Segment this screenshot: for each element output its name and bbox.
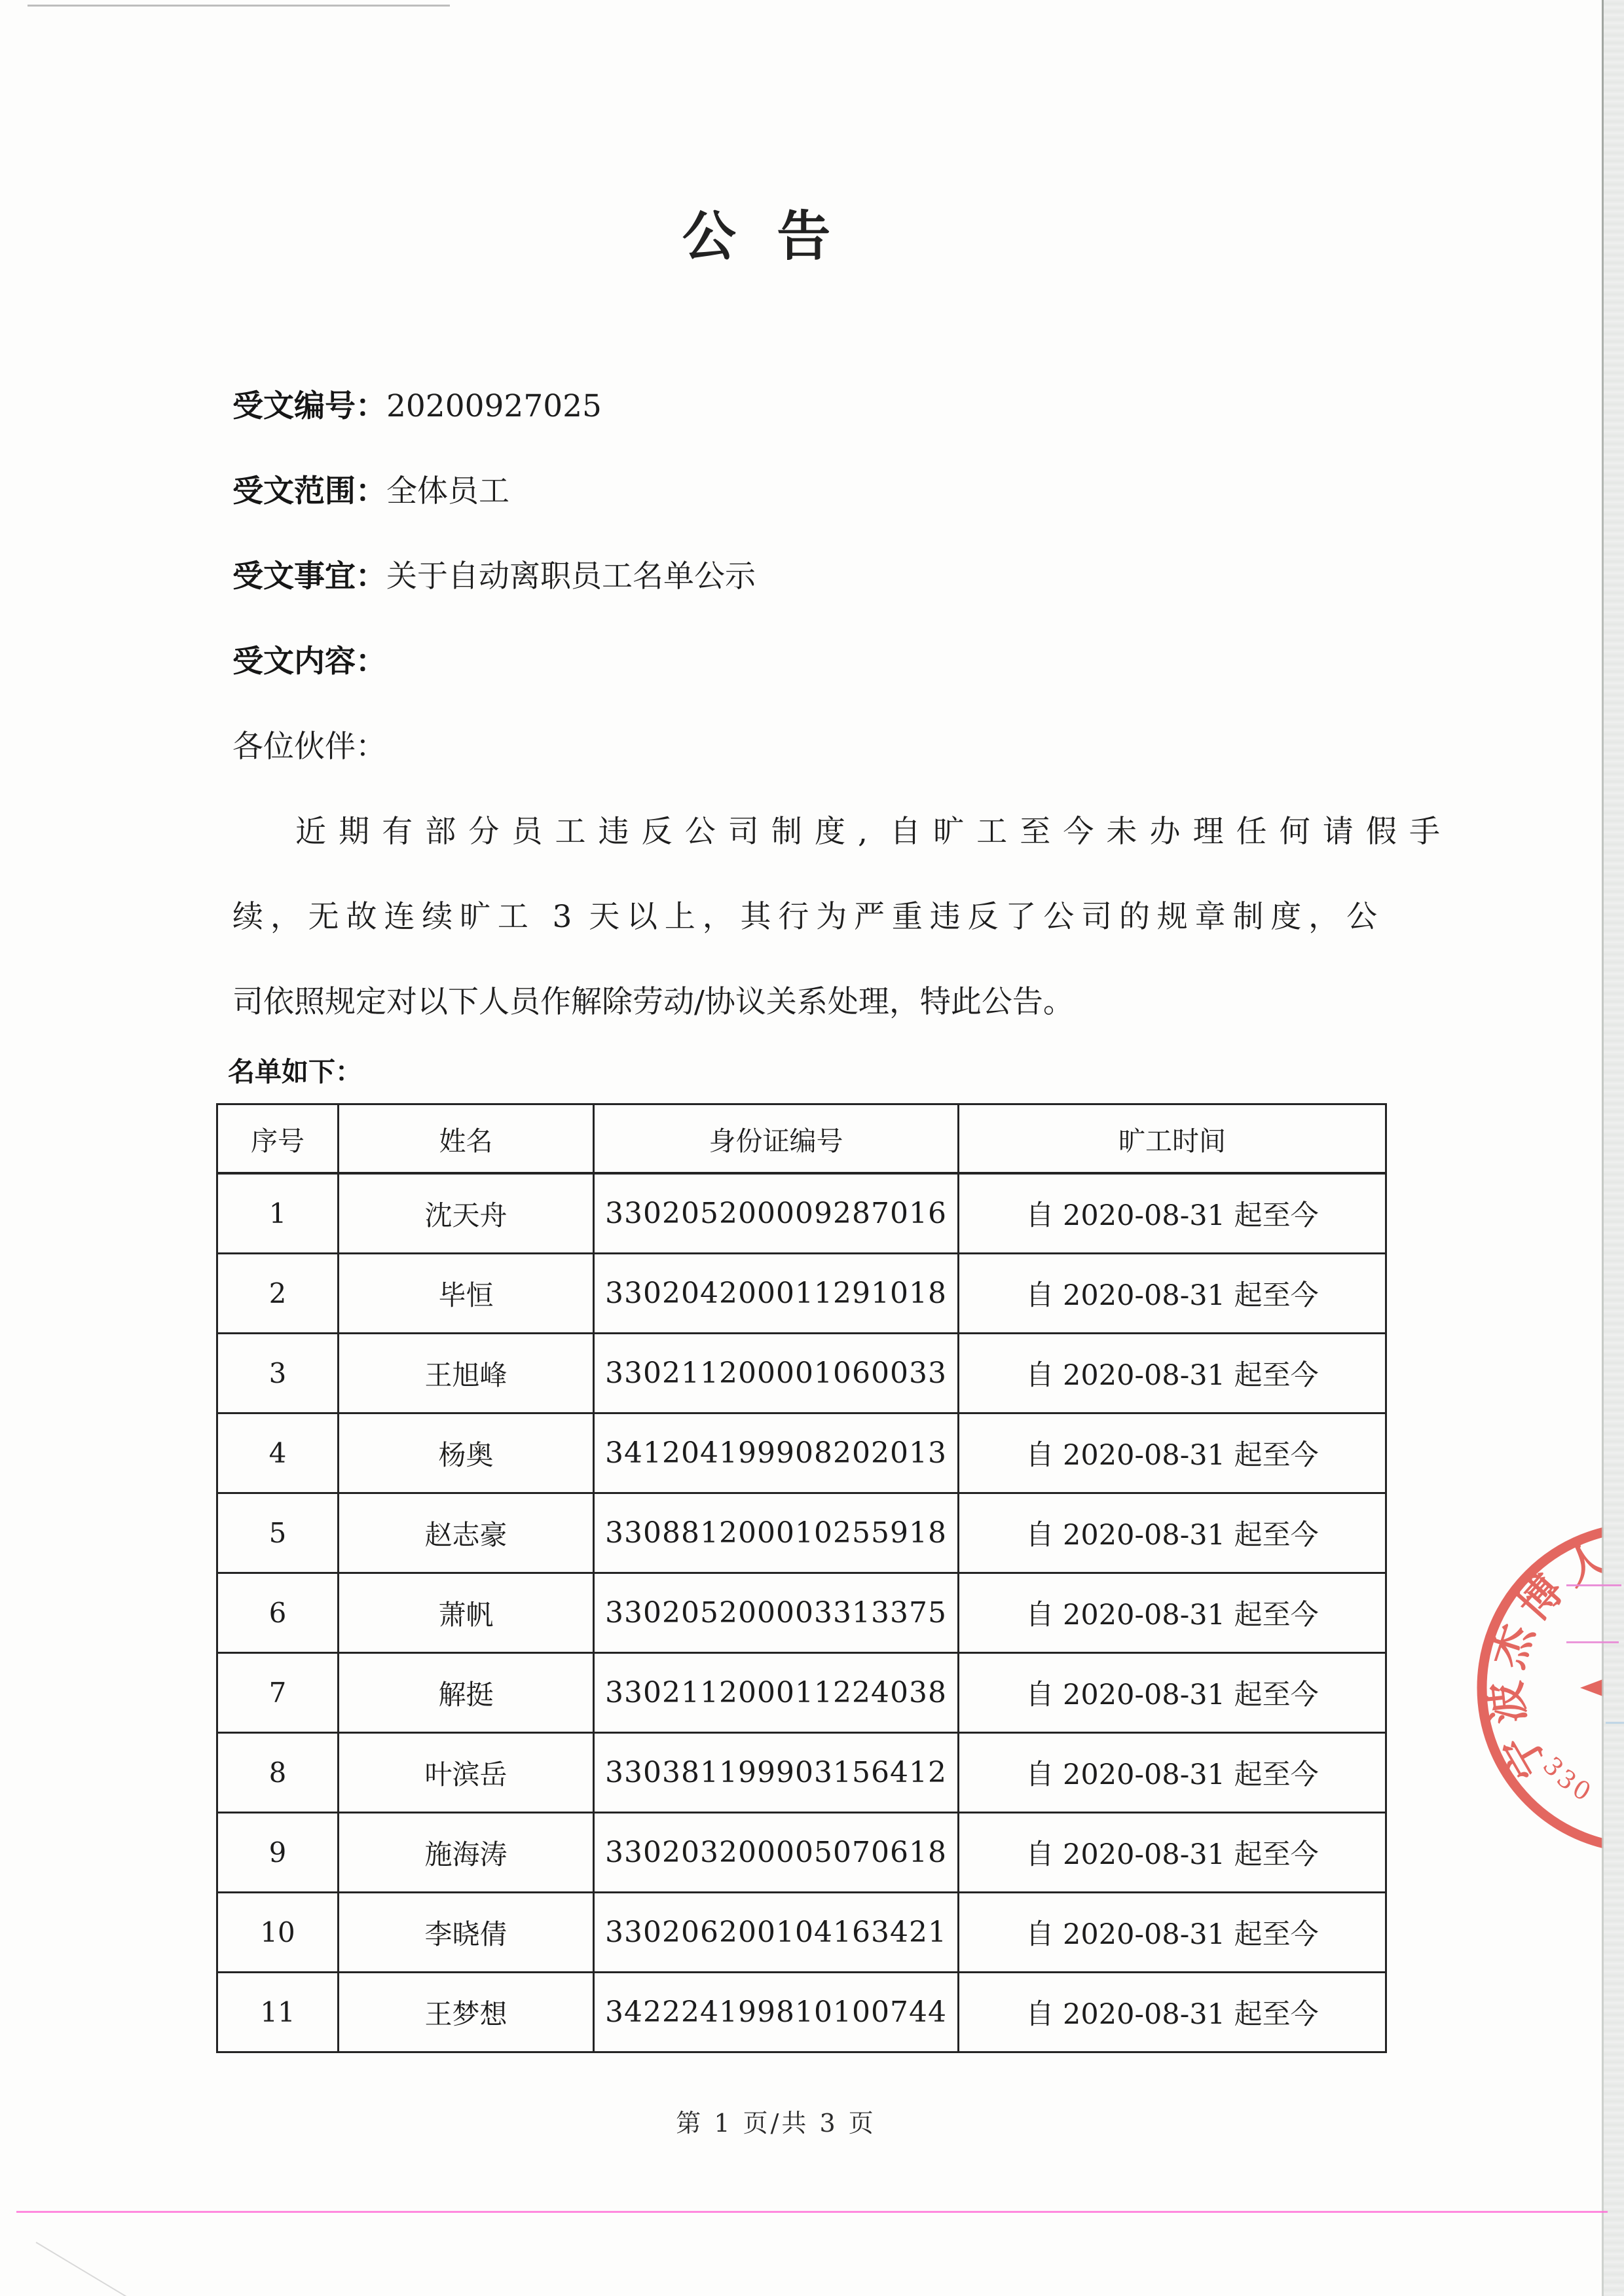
field-doc-content: 受文内容： <box>232 637 386 681</box>
cell-id-number: 330211200001060033 <box>594 1334 959 1413</box>
cell-absence-period: 自 2020-08-31 起至今 <box>959 1893 1386 1973</box>
cell-id-number: 330881200010255918 <box>594 1493 959 1573</box>
cell-index: 2 <box>217 1254 339 1334</box>
cell-id-number: 330206200104163421 <box>594 1893 959 1973</box>
col-header-index: 序号 <box>217 1104 339 1174</box>
table-row: 1 沈天舟 330205200009287016 自 2020-08-31 起至… <box>217 1173 1386 1254</box>
cell-absence-period: 自 2020-08-31 起至今 <box>959 1493 1386 1573</box>
cell-index: 11 <box>217 1973 339 2052</box>
field-doc-scope-value: 全体员工 <box>386 473 509 509</box>
col-header-absence-period: 旷工时间 <box>959 1104 1386 1174</box>
body-line-3: 司依照规定对以下人员作解除劳动/协议关系处理，特此公告。 <box>232 977 1377 1021</box>
field-doc-scope-label: 受文范围： <box>232 473 386 509</box>
table-header-row: 序号 姓名 身份证编号 旷工时间 <box>217 1104 1386 1174</box>
col-header-id-number: 身份证编号 <box>594 1104 959 1174</box>
table-body: 1 沈天舟 330205200009287016 自 2020-08-31 起至… <box>217 1173 1386 2052</box>
scan-artifact-edge-band <box>1604 0 1624 2296</box>
cell-name: 王梦想 <box>339 1973 594 2052</box>
cell-name: 毕恒 <box>339 1254 594 1334</box>
table-row: 2 毕恒 330204200011291018 自 2020-08-31 起至今 <box>217 1254 1386 1334</box>
cell-absence-period: 自 2020-08-31 起至今 <box>959 1173 1386 1254</box>
cell-index: 4 <box>217 1413 339 1493</box>
cell-index: 6 <box>217 1573 339 1653</box>
cell-id-number: 330205200003313375 <box>594 1573 959 1653</box>
field-doc-number-value: 20200927025 <box>386 388 602 424</box>
red-company-seal: 宁波杰博人力 330 <box>1472 1518 1603 1858</box>
cell-name: 李晓倩 <box>339 1893 594 1973</box>
page-number: 第 1 页/共 3 页 <box>0 2103 1552 2139</box>
field-doc-number-label: 受文编号： <box>232 388 386 424</box>
cell-name: 王旭峰 <box>339 1334 594 1413</box>
cell-id-number: 330211200011224038 <box>594 1653 959 1733</box>
cell-name: 赵志豪 <box>339 1493 594 1573</box>
col-header-name: 姓名 <box>339 1104 594 1174</box>
cell-name: 杨奥 <box>339 1413 594 1493</box>
list-intro: 名单如下： <box>228 1050 362 1089</box>
dismissed-employees-table: 序号 姓名 身份证编号 旷工时间 1 沈天舟 33020520000928701… <box>216 1103 1387 2053</box>
salutation: 各位伙伴： <box>232 722 386 766</box>
table-row: 4 杨奥 341204199908202013 自 2020-08-31 起至今 <box>217 1413 1386 1493</box>
cell-name: 施海涛 <box>339 1813 594 1893</box>
cell-id-number: 330205200009287016 <box>594 1173 959 1254</box>
body-line-2: 续，无故连续旷工 3 天以上，其行为严重违反了公司的规章制度，公 <box>232 892 1377 936</box>
cell-name: 解挺 <box>339 1653 594 1733</box>
body-line-1: 近期有部分员工违反公司制度, 自旷工至今未办理任何请假手 <box>232 807 1440 851</box>
field-doc-content-label: 受文内容： <box>232 644 386 680</box>
cell-index: 5 <box>217 1493 339 1573</box>
cell-absence-period: 自 2020-08-31 起至今 <box>959 1733 1386 1813</box>
page-content: 公 告 受文编号：20200927025 受文范围：全体员工 受文事宜：关于自动… <box>0 0 1603 2296</box>
table-row: 10 李晓倩 330206200104163421 自 2020-08-31 起… <box>217 1893 1386 1973</box>
field-doc-scope: 受文范围：全体员工 <box>232 467 509 511</box>
table-row: 3 王旭峰 330211200001060033 自 2020-08-31 起至… <box>217 1334 1386 1413</box>
cell-absence-period: 自 2020-08-31 起至今 <box>959 1653 1386 1733</box>
scanned-announcement-page: 公 告 受文编号：20200927025 受文范围：全体员工 受文事宜：关于自动… <box>0 0 1624 2296</box>
cell-index: 1 <box>217 1173 339 1254</box>
cell-name: 萧帆 <box>339 1573 594 1653</box>
cell-id-number: 330203200005070618 <box>594 1813 959 1893</box>
table-row: 9 施海涛 330203200005070618 自 2020-08-31 起至… <box>217 1813 1386 1893</box>
cell-absence-period: 自 2020-08-31 起至今 <box>959 1973 1386 2052</box>
cell-index: 3 <box>217 1334 339 1413</box>
cell-name: 叶滨岳 <box>339 1733 594 1813</box>
seal-star-icon <box>1580 1629 1603 1747</box>
cell-index: 9 <box>217 1813 339 1893</box>
table-row: 8 叶滨岳 330381199903156412 自 2020-08-31 起至… <box>217 1733 1386 1813</box>
table-row: 11 王梦想 342224199810100744 自 2020-08-31 起… <box>217 1973 1386 2052</box>
field-doc-subject-label: 受文事宜： <box>232 558 386 594</box>
cell-absence-period: 自 2020-08-31 起至今 <box>959 1813 1386 1893</box>
scan-artifact-blue-line <box>1606 1722 1624 1724</box>
cell-index: 10 <box>217 1893 339 1973</box>
field-doc-subject-value: 关于自动离职员工名单公示 <box>386 558 756 594</box>
cell-id-number: 330381199903156412 <box>594 1733 959 1813</box>
page-title: 公 告 <box>0 194 1513 270</box>
cell-index: 8 <box>217 1733 339 1813</box>
cell-id-number: 341204199908202013 <box>594 1413 959 1493</box>
cell-name: 沈天舟 <box>339 1173 594 1254</box>
cell-index: 7 <box>217 1653 339 1733</box>
cell-absence-period: 自 2020-08-31 起至今 <box>959 1334 1386 1413</box>
cell-id-number: 330204200011291018 <box>594 1254 959 1334</box>
cell-id-number: 342224199810100744 <box>594 1973 959 2052</box>
cell-absence-period: 自 2020-08-31 起至今 <box>959 1573 1386 1653</box>
table-row: 7 解挺 330211200011224038 自 2020-08-31 起至今 <box>217 1653 1386 1733</box>
cell-absence-period: 自 2020-08-31 起至今 <box>959 1413 1386 1493</box>
table-row: 5 赵志豪 330881200010255918 自 2020-08-31 起至… <box>217 1493 1386 1573</box>
field-doc-number: 受文编号：20200927025 <box>232 382 602 426</box>
field-doc-subject: 受文事宜：关于自动离职员工名单公示 <box>232 552 756 596</box>
table-row: 6 萧帆 330205200003313375 自 2020-08-31 起至今 <box>217 1573 1386 1653</box>
cell-absence-period: 自 2020-08-31 起至今 <box>959 1254 1386 1334</box>
